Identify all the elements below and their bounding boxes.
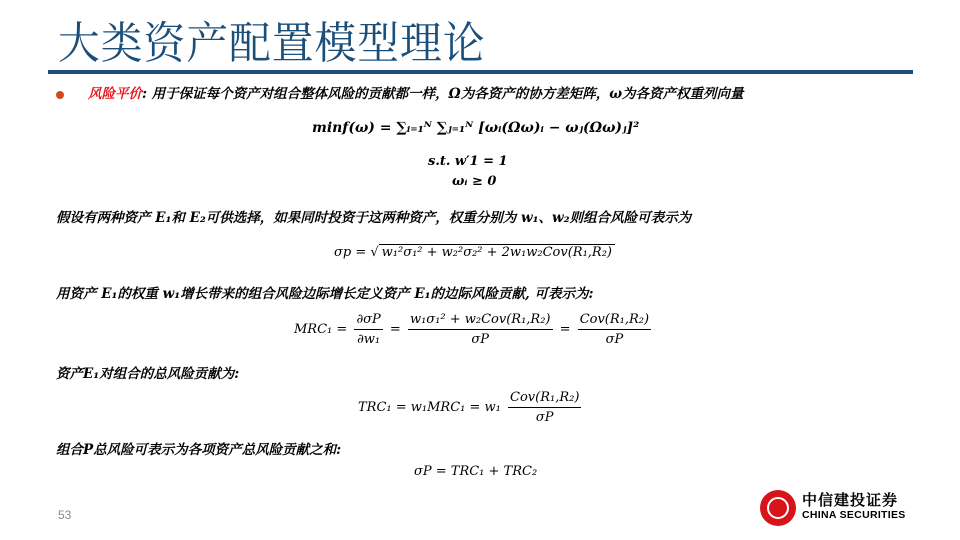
objective-formula: minf(ω) = ∑ᵢ₌₁ᴺ ∑ⱼ₌₁ᴺ [ωᵢ(Ωω)ᵢ − ωⱼ(Ωω)ⱼ… — [312, 120, 639, 136]
trc-formula: TRC₁ = w₁MRC₁ = w₁ Cov(R₁,R₂)σP — [358, 390, 584, 425]
page-title: 大类资产配置模型理论 — [58, 18, 486, 70]
bullet-label: 风险平价 — [88, 86, 142, 102]
sigma-p-lhs: σp = — [334, 245, 370, 260]
bullet-risk-parity: 风险平价: 用于保证每个资产对组合整体风险的贡献都一样，Ω为各资产的协方差矩阵，… — [56, 82, 744, 102]
bullet-text: : 用于保证每个资产对组合整体风险的贡献都一样，Ω为各资产的协方差矩阵，ω为各资… — [142, 86, 744, 102]
paragraph-mrc: 用资产 E₁的权重 w₁增长带来的组合风险边际增长定义资产 E₁的边际风险贡献,… — [56, 282, 593, 302]
mrc-formula: MRC₁ = ∂σP∂w₁ = w₁σ₁² + w₂Cov(R₁,R₂)σP =… — [294, 312, 654, 347]
logo-en-text: CHINA SECURITIES — [802, 508, 906, 523]
page-number: 53 — [58, 508, 71, 522]
mrc-lhs: MRC₁ = — [294, 322, 347, 337]
title-divider — [48, 70, 913, 74]
constraint-1: s.t. w′1 = 1 — [428, 154, 508, 169]
logo-cn-text: 中信建投证券 — [802, 493, 906, 508]
company-logo: 中信建投证券 CHINA SECURITIES — [760, 490, 906, 526]
citic-logo-icon — [760, 490, 796, 526]
sigma-p-rhs: w₁²σ₁² + w₂²σ₂² + 2w₁w₂Cov(R₁,R₂) — [379, 244, 615, 260]
trc-lhs: TRC₁ = w₁MRC₁ = w₁ — [358, 400, 501, 415]
paragraph-two-assets: 假设有两种资产 E₁和 E₂可供选择，如果同时投资于这两种资产，权重分别为 w₁… — [56, 206, 691, 226]
bullet-dot-icon — [56, 91, 64, 99]
sigma-p-formula: σp = √w₁²σ₁² + w₂²σ₂² + 2w₁w₂Cov(R₁,R₂) — [334, 244, 615, 260]
paragraph-total-risk: 组合P总风险可表示为各项资产总风险贡献之和: — [56, 438, 341, 458]
trc-fraction: Cov(R₁,R₂)σP — [508, 390, 581, 425]
total-risk-formula: σP = TRC₁ + TRC₂ — [414, 464, 537, 479]
mrc-fraction-2: w₁σ₁² + w₂Cov(R₁,R₂)σP — [408, 312, 553, 347]
mrc-fraction-1: ∂σP∂w₁ — [354, 312, 382, 347]
mrc-fraction-3: Cov(R₁,R₂)σP — [578, 312, 651, 347]
constraint-2: ωᵢ ≥ 0 — [452, 174, 496, 189]
paragraph-trc: 资产E₁对组合的总风险贡献为: — [56, 362, 239, 382]
